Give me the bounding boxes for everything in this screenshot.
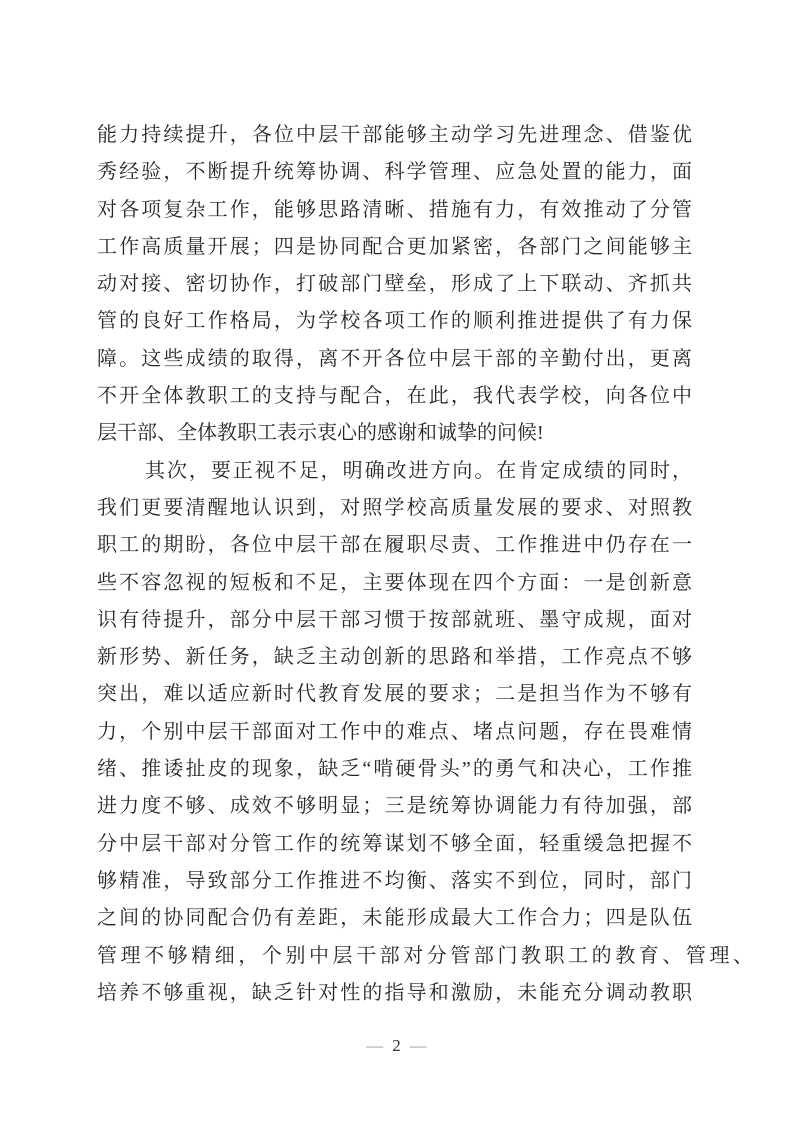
page-number-dash-left: — (366, 1036, 383, 1055)
text-line: 我们更要清醒地认识到，对照学校高质量发展的要求、对照教 (97, 490, 692, 527)
text-line: 能力持续提升，各位中层干部能够主动学习先进理念、借鉴优 (97, 117, 692, 154)
text-line: 突出，难以适应新时代教育发展的要求；二是担当作为不够有 (97, 676, 692, 713)
document-page: 能力持续提升，各位中层干部能够主动学习先进理念、借鉴优 秀经验，不断提升统筹协调… (0, 0, 793, 1122)
text-line: 识有待提升，部分中层干部习惯于按部就班、墨守成规，面对 (97, 602, 692, 639)
text-line: 分中层干部对分管工作的统筹谋划不够全面，轻重缓急把握不 (97, 826, 692, 863)
page-number-dash-right: — (410, 1036, 427, 1055)
body-text: 能力持续提升，各位中层干部能够主动学习先进理念、借鉴优 秀经验，不断提升统筹协调… (97, 117, 692, 1012)
text-line: 进力度不够、成效不够明显；三是统筹协调能力有待加强，部 (97, 788, 692, 825)
text-line: 绪、推诿扯皮的现象，缺乏“啃硬骨头”的勇气和决心，工作推 (97, 751, 692, 788)
text-line: 障。这些成绩的取得，离不开各位中层干部的辛勤付出，更离 (97, 341, 692, 378)
text-line-paragraph-end: 层干部、全体教职工表示衷心的感谢和诚挚的问候! (97, 415, 692, 452)
text-line-overflow: 管理不够精细，个别中层干部对分管部门教职工的教育、管理、 (97, 938, 753, 975)
text-line: 工作高质量开展；四是协同配合更加紧密，各部门之间能够主 (97, 229, 692, 266)
text-line: 动对接、密切协作，打破部门壁垒，形成了上下联动、齐抓共 (97, 266, 692, 303)
text-line: 力，个别中层干部面对工作中的难点、堵点问题，存在畏难情 (97, 714, 692, 751)
page-footer: —2— (0, 1036, 793, 1056)
text-line: 些不容忽视的短板和不足，主要体现在四个方面：一是创新意 (97, 565, 692, 602)
text-line-paragraph-start: 其次，要正视不足，明确改进方向。在肯定成绩的同时， (97, 453, 692, 490)
text-line: 管的良好工作格局，为学校各项工作的顺利推进提供了有力保 (97, 303, 692, 340)
text-line: 培养不够重视，缺乏针对性的指导和激励，未能充分调动教职 (97, 975, 692, 1012)
text-line: 对各项复杂工作，能够思路清晰、措施有力，有效推动了分管 (97, 192, 692, 229)
text-line: 之间的协同配合仍有差距，未能形成最大工作合力；四是队伍 (97, 900, 692, 937)
text-line: 够精准，导致部分工作推进不均衡、落实不到位，同时，部门 (97, 863, 692, 900)
page-number: 2 (392, 1036, 401, 1055)
text-line: 不开全体教职工的支持与配合，在此，我代表学校，向各位中 (97, 378, 692, 415)
text-line: 职工的期盼，各位中层干部在履职尽责、工作推进中仍存在一 (97, 527, 692, 564)
text-line: 秀经验，不断提升统筹协调、科学管理、应急处置的能力，面 (97, 154, 692, 191)
text-line: 新形势、新任务，缺乏主动创新的思路和举措，工作亮点不够 (97, 639, 692, 676)
